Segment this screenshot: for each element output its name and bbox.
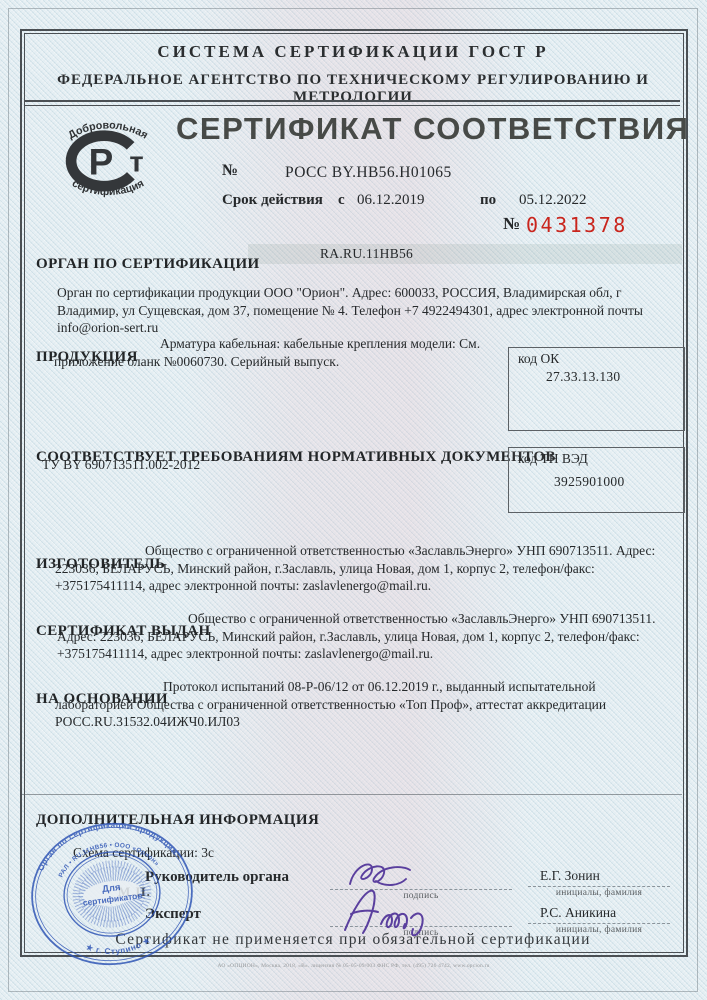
organ-heading: ОРГАН ПО СЕРТИФИКАЦИИ — [36, 256, 260, 273]
organ-text: Орган по сертификации продукции ООО "Ори… — [57, 284, 663, 337]
basis-text: Протокол испытаний 08-Р-06/12 от 06.12.2… — [55, 678, 615, 731]
orion-round-stamp: Орган по сертификации продукции РАЛ • RU… — [17, 808, 206, 980]
system-title: СИСТЕМА СЕРТИФИКАЦИИ ГОСТ Р — [22, 42, 684, 62]
tnved-code-value: 3925901000 — [554, 474, 625, 490]
validity-label: Срок действия — [222, 192, 323, 209]
header-separator — [24, 100, 680, 106]
additional-divider — [22, 794, 682, 795]
tnved-code-box: код ТН ВЭД 3925901000 — [508, 447, 685, 513]
logo-letter-t: т — [129, 147, 143, 179]
product-text: Арматура кабельная: кабельные крепления … — [54, 335, 506, 370]
validity-to-date: 05.12.2022 — [519, 192, 587, 209]
validity-from-date: 06.12.2019 — [357, 192, 425, 209]
reg-number-label: № — [222, 162, 238, 180]
manufacturer-text: Общество с ограниченной ответственностью… — [55, 542, 667, 595]
organ-code: RA.RU.11НВ56 — [320, 246, 413, 262]
organ-code-band — [248, 244, 682, 264]
validity-from-label: с — [338, 192, 345, 209]
stamp-arc-bottom-text: ★ г. Ступино ★ — [83, 934, 154, 960]
head-name-line — [528, 886, 670, 887]
head-name: Е.Г. Зонин — [540, 868, 600, 884]
tnved-code-label: код ТН ВЭД — [518, 451, 588, 467]
document-title: СЕРТИФИКАТ СООТВЕТСТВИЯ — [176, 111, 689, 147]
logo-letter-p: Р — [89, 142, 114, 183]
reg-number: РОСС BY.НВ56.Н01065 — [285, 164, 452, 182]
head-name-caption: инициалы, фамилия — [528, 888, 670, 898]
expert-signature-ink — [337, 886, 462, 936]
ok-code-label: код ОК — [518, 351, 559, 367]
issued-to-text: Общество с ограниченной ответственностью… — [57, 610, 669, 663]
ok-code-value: 27.33.13.130 — [546, 369, 620, 385]
expert-name-line — [528, 923, 670, 924]
rst-logo: Добровольная сертификация Р т — [40, 110, 176, 208]
expert-name: Р.С. Аникина — [540, 905, 616, 921]
blank-number: 0431378 — [526, 213, 628, 237]
svg-text:★ г. Ступино ★: ★ г. Ступино ★ — [83, 934, 154, 960]
ok-code-box: код ОК 27.33.13.130 — [508, 347, 685, 431]
conformity-text: ТУ BY 690713511.002-2012 — [42, 456, 482, 474]
blank-number-label: № — [503, 214, 520, 234]
certificate-page: СИСТЕМА СЕРТИФИКАЦИИ ГОСТ Р ФЕДЕРАЛЬНОЕ … — [0, 0, 707, 1000]
validity-to-label: по — [480, 192, 496, 209]
